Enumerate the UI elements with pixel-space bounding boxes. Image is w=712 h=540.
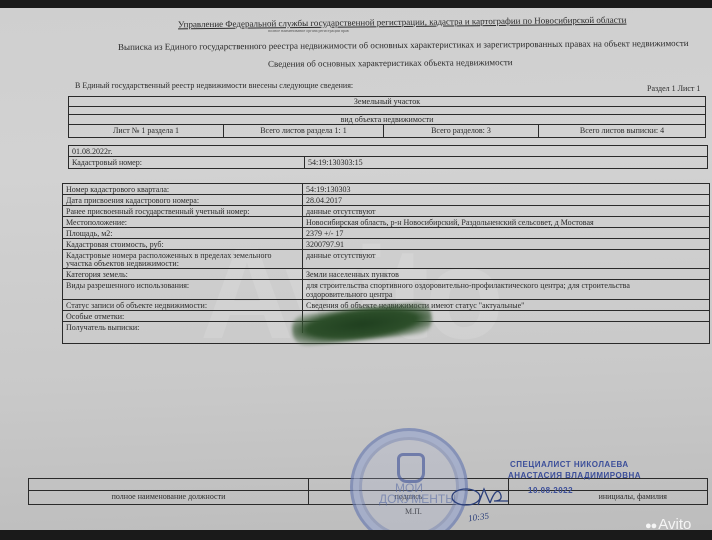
- specialist-stamp-line1: СПЕЦИАЛИСТ НИКОЛАЕВА: [510, 460, 629, 469]
- property-row: Кадастровые номера расположенных в преде…: [63, 250, 709, 269]
- avito-logo: ●●Avito: [645, 516, 691, 530]
- property-row: Площадь, м2:2379 +/- 17: [63, 228, 709, 239]
- object-caption-row: вид объекта недвижимости: [69, 115, 705, 125]
- authority-caption: полное наименование органа регистрации п…: [268, 28, 349, 33]
- handwritten-signature-icon: [450, 483, 510, 513]
- object-type-caption: вид объекта недвижимости: [341, 115, 434, 124]
- avito-brand: Avito: [658, 516, 691, 530]
- official-seal: МОИ ДОКУМЕНТЫ: [350, 428, 468, 530]
- sheet-number: Лист № 1 раздела 1: [69, 125, 224, 137]
- cadastral-number: 54:19:130303:15: [305, 157, 707, 168]
- property-label: Местоположение:: [63, 217, 303, 227]
- sheet-info-row: Лист № 1 раздела 1 Всего листов раздела …: [69, 125, 705, 137]
- property-label: Ранее присвоенный государственный учетны…: [63, 206, 303, 216]
- info-title: Сведения об основных характеристиках объ…: [268, 57, 513, 69]
- property-row: Номер кадастрового квартала:54:19:130303: [63, 184, 709, 195]
- property-row: Дата присвоения кадастрового номера:28.0…: [63, 195, 709, 206]
- property-label: Номер кадастрового квартала:: [63, 184, 303, 194]
- cadastral-box: 01.08.2022г. Кадастровый номер: 54:19:13…: [68, 145, 708, 169]
- property-value: 28.04.2017: [303, 195, 709, 205]
- sheets-in-section: Всего листов раздела 1: 1: [224, 125, 384, 137]
- seal-logo-icon: [397, 453, 425, 483]
- seal-text: МОИ ДОКУМЕНТЫ: [379, 483, 439, 505]
- section-reference: Раздел 1 Лист 1: [647, 84, 700, 93]
- property-value: 54:19:130303: [303, 184, 709, 194]
- property-label: Площадь, м2:: [63, 228, 303, 238]
- object-type-row: Земельный участок: [69, 97, 705, 107]
- property-label: Статус записи об объекте недвижимости:: [63, 300, 303, 310]
- document-page: Avito Управление Федеральной службы госу…: [0, 8, 712, 530]
- avito-dots-icon: ●●: [645, 520, 656, 530]
- property-value: данные отсутствуют: [303, 206, 709, 216]
- property-value: 2379 +/- 17: [303, 228, 709, 238]
- property-label-cont: участка объектов недвижимости:: [66, 259, 179, 268]
- extract-title: Выписка из Единого государственного реес…: [118, 38, 689, 52]
- property-value: Земли населенных пунктов: [303, 269, 709, 279]
- property-value-cont: оздоровительного центра: [306, 290, 392, 299]
- registration-authority: Управление Федеральной службы государств…: [178, 15, 627, 30]
- property-value: Новосибирская область, р-н Новосибирский…: [303, 217, 709, 227]
- total-sections: Всего разделов: 3: [384, 125, 539, 137]
- stamp-date: 10.08.2022: [528, 486, 573, 495]
- property-label: Получатель выписки:: [63, 322, 303, 333]
- cadastral-label: Кадастровый номер:: [69, 157, 305, 168]
- property-label: Кадастровая стоимость, руб:: [63, 239, 303, 249]
- property-label: Виды разрешенного использования:: [63, 280, 303, 299]
- property-value: 3200797.91: [303, 239, 709, 249]
- object-spacer-row: [69, 107, 705, 115]
- property-row: Кадастровая стоимость, руб:3200797.91: [63, 239, 709, 250]
- date-row: 01.08.2022г.: [69, 146, 707, 157]
- property-row: Ранее присвоенный государственный учетны…: [63, 206, 709, 217]
- object-type-box: Земельный участок вид объекта недвижимос…: [68, 96, 706, 138]
- property-label: Категория земель:: [63, 269, 303, 279]
- object-type: Земельный участок: [354, 97, 420, 106]
- property-row: Категория земель:Земли населенных пункто…: [63, 269, 709, 280]
- cadastral-row: Кадастровый номер: 54:19:130303:15: [69, 157, 707, 168]
- specialist-stamp-line2: АНАСТАСИЯ ВЛАДИМИРОВНА: [508, 471, 641, 480]
- property-row: Местоположение:Новосибирская область, р-…: [63, 217, 709, 228]
- handwritten-time: 10:35: [467, 511, 489, 524]
- property-label: Особые отметки:: [63, 311, 303, 321]
- position-caption: полное наименование должности: [29, 491, 309, 504]
- property-label: Дата присвоения кадастрового номера:: [63, 195, 303, 205]
- position-cell: [29, 479, 309, 490]
- property-value: данные отсутствуют: [303, 250, 709, 268]
- property-row: Виды разрешенного использования:для стро…: [63, 280, 709, 300]
- total-sheets: Всего листов выписки: 4: [539, 125, 705, 137]
- extract-date: 01.08.2022г.: [69, 146, 707, 156]
- intro-text: В Единый государственный реестр недвижим…: [75, 81, 353, 90]
